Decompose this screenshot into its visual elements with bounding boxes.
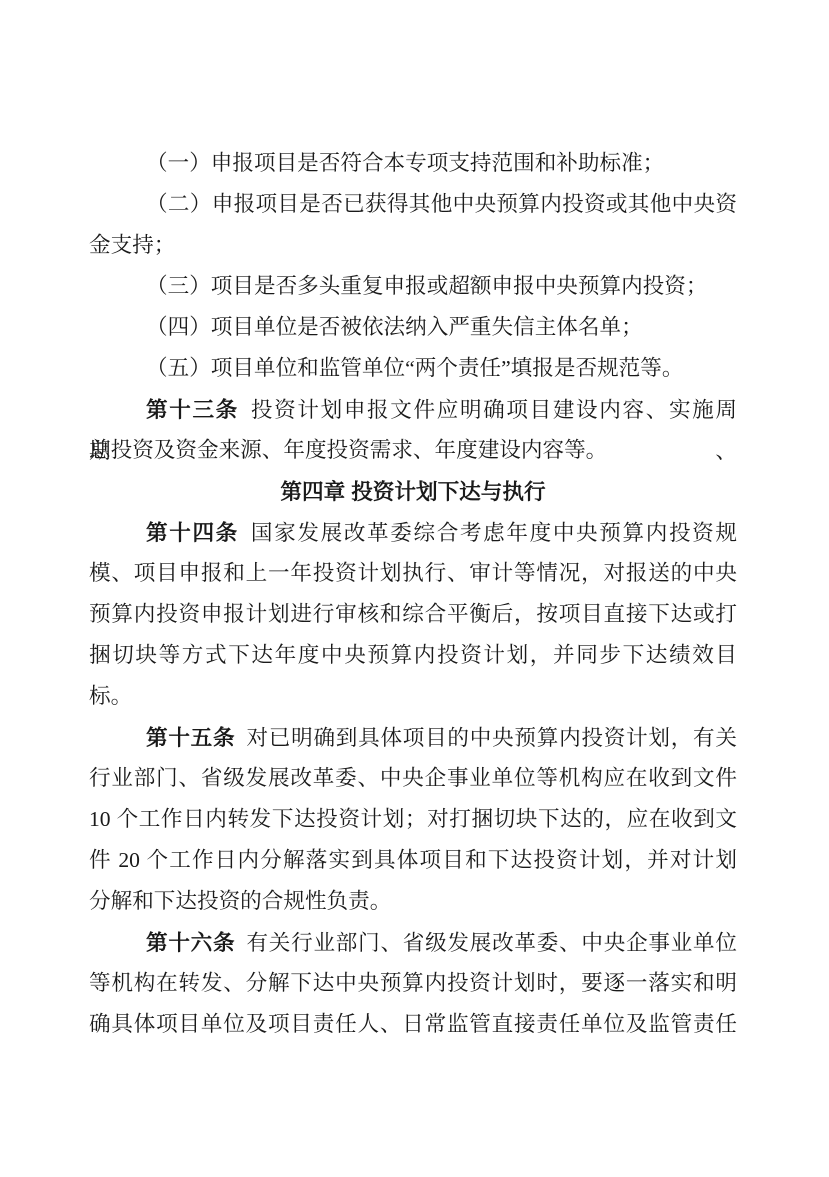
text-line: （三）项目是否多头重复申报或超额申报中央预算内投资； bbox=[89, 266, 737, 307]
paragraph: 第十六条 有关行业部门、省级发展改革委、中央企事业单位等机构在转发、分解下达中央… bbox=[89, 922, 737, 1045]
text-line: （四）项目单位是否被依法纳入严重失信主体名单； bbox=[89, 307, 737, 348]
text-line: （二）申报项目是否已获得其他中央预算内投资或其他中央资 bbox=[89, 184, 737, 225]
paragraph: （五）项目单位和监管单位“两个责任”填报是否规范等。 bbox=[89, 348, 737, 389]
text-line: 等机构在转发、分解下达中央预算内投资计划时，要逐一落实和明 bbox=[89, 963, 737, 1004]
paragraph: （一）申报项目是否符合本专项支持范围和补助标准； bbox=[89, 143, 737, 184]
text-line: 分解和下达投资的合规性负责。 bbox=[89, 881, 737, 922]
article-number: 第十三条 bbox=[146, 397, 239, 422]
text-line: 标。 bbox=[89, 676, 737, 717]
text-line: 模、项目申报和上一年投资计划执行、审计等情况，对报送的中央 bbox=[89, 553, 737, 594]
text-line: 第十四条 国家发展改革委综合考虑年度中央预算内投资规 bbox=[89, 512, 737, 553]
text-line: 金支持； bbox=[89, 225, 737, 266]
text-line: 第十六条 有关行业部门、省级发展改革委、中央企事业单位 bbox=[89, 922, 737, 963]
text-line: 行业部门、省级发展改革委、中央企事业单位等机构应在收到文件 bbox=[89, 758, 737, 799]
chapter-heading-line: 第四章 投资计划下达与执行 bbox=[89, 471, 737, 512]
paragraph: 第十五条 对已明确到具体项目的中央预算内投资计划，有关行业部门、省级发展改革委、… bbox=[89, 717, 737, 922]
text-line: （一）申报项目是否符合本专项支持范围和补助标准； bbox=[89, 143, 737, 184]
text-line: 件 20 个工作日内分解落实到具体项目和下达投资计划，并对计划 bbox=[89, 840, 737, 881]
article-number: 第十六条 bbox=[146, 930, 235, 955]
paragraph: （二）申报项目是否已获得其他中央预算内投资或其他中央资金支持； bbox=[89, 184, 737, 266]
paragraph: 第十三条 投资计划申报文件应明确项目建设内容、实施周期、总投资及资金来源、年度投… bbox=[89, 389, 737, 471]
text-line: 第十五条 对已明确到具体项目的中央预算内投资计划，有关 bbox=[89, 717, 737, 758]
text-line: 捆切块等方式下达年度中央预算内投资计划，并同步下达绩效目 bbox=[89, 635, 737, 676]
text-line: （五）项目单位和监管单位“两个责任”填报是否规范等。 bbox=[89, 348, 737, 389]
paragraph: （三）项目是否多头重复申报或超额申报中央预算内投资； bbox=[89, 266, 737, 307]
paragraph: （四）项目单位是否被依法纳入严重失信主体名单； bbox=[89, 307, 737, 348]
text-line: 第十三条 投资计划申报文件应明确项目建设内容、实施周期、 bbox=[89, 389, 737, 430]
chapter-heading: 第四章 投资计划下达与执行 bbox=[89, 471, 737, 512]
text-line: 10 个工作日内转发下达投资计划；对打捆切块下达的，应在收到文 bbox=[89, 799, 737, 840]
text-block: （一）申报项目是否符合本专项支持范围和补助标准；（二）申报项目是否已获得其他中央… bbox=[89, 143, 737, 1045]
document-page: （一）申报项目是否符合本专项支持范围和补助标准；（二）申报项目是否已获得其他中央… bbox=[0, 0, 829, 1177]
text-line: 预算内投资申报计划进行审核和综合平衡后，按项目直接下达或打 bbox=[89, 594, 737, 635]
article-number: 第十五条 bbox=[146, 725, 235, 750]
paragraph: 第十四条 国家发展改革委综合考虑年度中央预算内投资规模、项目申报和上一年投资计划… bbox=[89, 512, 737, 717]
article-number: 第十四条 bbox=[146, 520, 239, 545]
text-line: 确具体项目单位及项目责任人、日常监管直接责任单位及监管责任 bbox=[89, 1004, 737, 1045]
